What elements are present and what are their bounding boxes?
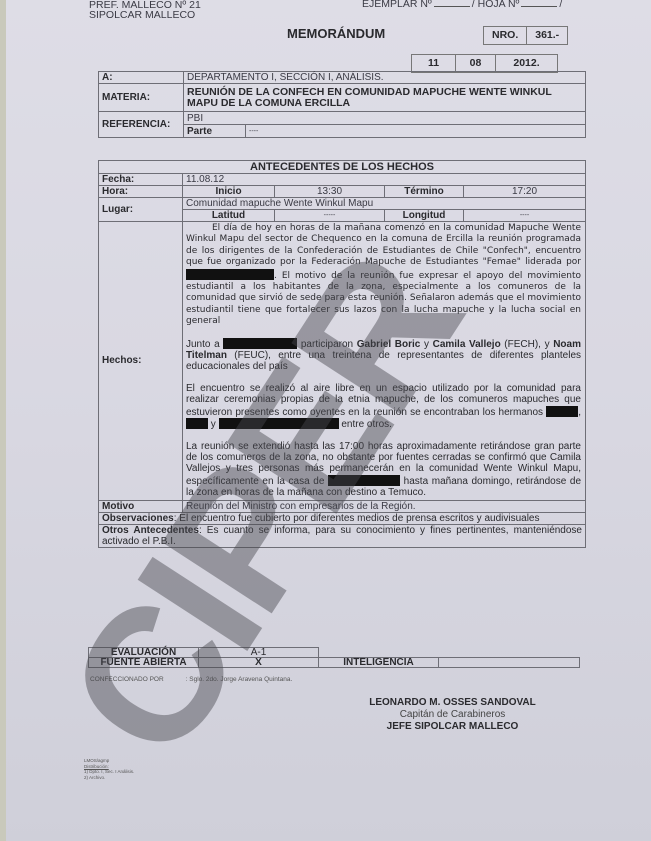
longitud-value: ---- (464, 210, 586, 222)
antecedentes-table: ANTECEDENTES DE LOS HECHOS Fecha: 11.08.… (98, 160, 586, 548)
motivo-value: Reunión del Ministro con empresarios de … (183, 500, 586, 512)
date-month: 08 (455, 55, 495, 72)
date-year: 2012. (495, 55, 557, 72)
termino-value: 17:20 (464, 186, 586, 198)
observaciones-label: Observaciones (102, 513, 174, 524)
hoja-suffix: / (559, 0, 562, 10)
materia-value: REUNIÓN DE LA CONFECH EN COMUNIDAD MAPUC… (184, 84, 586, 112)
observaciones-row: Observaciones: El encuentro fue cubierto… (99, 512, 586, 524)
redacted-name (186, 418, 208, 429)
observaciones-value: : El encuentro fue cubierto por diferent… (174, 513, 540, 524)
latitud-value: ----- (275, 210, 385, 222)
hechos-p1-text-a: El día de hoy en horas de la mañana come… (186, 223, 581, 267)
redacted-name (186, 269, 274, 280)
ejemplar-label: EJEMPLAR Nº (362, 0, 432, 10)
signature-block: LEONARDO M. OSSES SANDOVAL Capitán de Ca… (340, 697, 565, 733)
hechos-p3-text-a: El encuentro se realizó al aire libre en… (186, 383, 581, 418)
inteligencia-value (439, 658, 580, 668)
hechos-p3-text-b: , (578, 407, 581, 418)
distribution-item: 2) Archivo. (84, 775, 134, 781)
referencia-value: PBI (184, 112, 586, 125)
redacted-name (223, 338, 297, 349)
lugar-label: Lugar: (99, 198, 183, 222)
signer-rank: Capitán de Carabineros (340, 709, 565, 721)
copy-sheet-number: EJEMPLAR Nº/ HOJA Nº/ (362, 0, 562, 10)
inteligencia-label: INTELIGENCIA (319, 658, 439, 668)
fuente-abierta-label: FUENTE ABIERTA (89, 658, 199, 668)
hechos-label: Hechos: (99, 222, 183, 501)
motivo-label: Motivo (99, 500, 183, 512)
distribution-item: 1) Dpto. I, Sec. I Análisis. (84, 769, 134, 775)
hora-label: Hora: (99, 186, 183, 198)
redacted-name (546, 406, 578, 417)
page-title: MEMORÁNDUM (287, 26, 385, 41)
memo-number-box: NRO. 361.- (483, 26, 568, 45)
fecha-label: Fecha: (99, 174, 183, 186)
evaluation-table: EVALUACIÓN A-1 FUENTE ABIERTA X INTELIGE… (88, 647, 580, 668)
latitud-label: Latitud (183, 210, 275, 222)
nro-value: 361.- (526, 27, 567, 44)
a-label: A: (99, 72, 184, 84)
prepared-by-value: : Sglo. 2do. Jorge Aravena Quintana. (186, 676, 293, 683)
distribution-list: LMOS/agmp Distribución: 1) Dpto. I, Sec.… (84, 758, 134, 780)
prepared-by: CONFECCIONADO POR: Sglo. 2do. Jorge Arav… (90, 676, 292, 683)
hechos-body: El día de hoy en horas de la mañana come… (183, 222, 586, 501)
hechos-p2-text-b: participaron (301, 339, 353, 350)
fuente-abierta-value: X (199, 658, 319, 668)
evaluacion-label: EVALUACIÓN (89, 648, 199, 658)
otros-antecedentes-row: Otros Antecedentes: Es cuanto se informa… (99, 524, 586, 547)
org-line-2: SIPOLCAR MALLECO (89, 10, 201, 20)
antecedentes-title: ANTECEDENTES DE LOS HECHOS (99, 161, 586, 174)
evaluacion-value: A-1 (199, 648, 319, 658)
parte-label: Parte (184, 125, 246, 138)
hechos-p3-text-d: entre otros. (341, 419, 392, 430)
parte-value: ---- (246, 125, 586, 138)
date-day: 11 (412, 55, 455, 72)
hechos-p2-text-a: Junto a (186, 339, 220, 350)
person-name: Gabriel Boric (357, 339, 421, 350)
hechos-paragraph-3: El encuentro se realizó al aire libre en… (186, 383, 581, 431)
signer-position: JEFE SIPOLCAR MALLECO (340, 721, 565, 733)
a-value: DEPARTAMENTO I, SECCIÓN I, ANÁLISIS. (184, 72, 586, 84)
hechos-paragraph-2: Junto a participaron Gabriel Boric y Cam… (186, 338, 581, 373)
inicio-value: 13:30 (275, 186, 385, 198)
routing-table: A: DEPARTAMENTO I, SECCIÓN I, ANÁLISIS. … (98, 71, 586, 138)
fecha-value: 11.08.12 (183, 174, 586, 186)
inicio-label: Inicio (183, 186, 275, 198)
person-name: Camila Vallejo (433, 339, 501, 350)
longitud-label: Longitud (385, 210, 464, 222)
hechos-p2-text-d: (FECH), y (504, 339, 549, 350)
redacted-name (328, 475, 400, 486)
referencia-label: REFERENCIA: (99, 112, 184, 138)
prepared-by-label: CONFECCIONADO POR (90, 676, 164, 683)
hoja-blank (521, 6, 557, 7)
nro-label: NRO. (484, 27, 526, 44)
signer-name: LEONARDO M. OSSES SANDOVAL (340, 697, 565, 709)
lugar-value: Comunidad mapuche Wente Winkul Mapu (183, 198, 586, 210)
termino-label: Término (385, 186, 464, 198)
ejemplar-blank (434, 6, 470, 7)
redacted-name (219, 418, 339, 429)
hoja-label: / HOJA Nº (472, 0, 520, 10)
hechos-paragraph-4: La reunión se extendió hasta las 17:00 h… (186, 441, 581, 499)
hechos-paragraph-1: El día de hoy en horas de la mañana come… (186, 223, 581, 328)
otros-antecedentes-label: Otros Antecedentes (102, 525, 199, 536)
hechos-p2-text-c: y (424, 339, 429, 350)
issuing-unit: PREF. MALLECO Nº 21 SIPOLCAR MALLECO (89, 0, 201, 20)
materia-label: MATERIA: (99, 84, 184, 112)
hechos-p3-text-c: y (211, 419, 216, 430)
hechos-p2-text-e: (FEUC), entre una treintena de represent… (186, 350, 581, 372)
